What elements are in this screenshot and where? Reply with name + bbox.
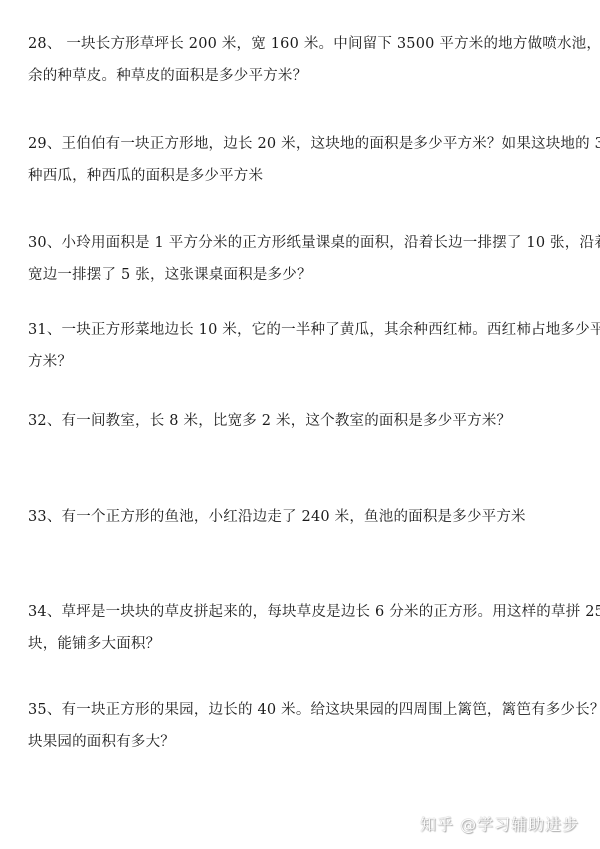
question-text-line: 33、有一个正方形的鱼池，小红沿边走了 240 米，鱼池的面积是多少平方米	[28, 501, 580, 533]
question-31: 31、一块正方形菜地边长 10 米，它的一半种了黄瓜，其余种西红柿。西红柿占地多…	[28, 314, 580, 378]
question-text-line: 种西瓜，种西瓜的面积是多少平方米	[28, 160, 580, 192]
question-text-line: 余的种草皮。种草皮的面积是多少平方米？	[28, 60, 580, 92]
question-30: 30、小玲用面积是 1 平方分米的正方形纸量课桌的面积，沿着长边一排摆了 10 …	[28, 227, 580, 291]
question-29: 29、王伯伯有一块正方形地，边长 20 米，这块地的面积是多少平方米？如果这块地…	[28, 128, 580, 192]
question-text-line: 方米？	[28, 346, 580, 378]
question-35: 35、有一块正方形的果园，边长的 40 米。给这块果园的四周围上篱笆，篱笆有多少…	[28, 694, 580, 758]
question-32: 32、有一间教室，长 8 米，比宽多 2 米，这个教室的面积是多少平方米？	[28, 405, 580, 437]
question-text-line: 34、草坪是一块块的草皮拼起来的，每块草皮是边长 6 分米的正方形。用这样的草拼…	[28, 596, 580, 628]
question-34: 34、草坪是一块块的草皮拼起来的，每块草皮是边长 6 分米的正方形。用这样的草拼…	[28, 596, 580, 660]
question-text-line: 31、一块正方形菜地边长 10 米，它的一半种了黄瓜，其余种西红柿。西红柿占地多…	[28, 314, 580, 346]
question-text-line: 32、有一间教室，长 8 米，比宽多 2 米，这个教室的面积是多少平方米？	[28, 405, 580, 437]
zhihu-watermark: 知乎 @学习辅助进步	[420, 812, 579, 835]
question-text-line: 30、小玲用面积是 1 平方分米的正方形纸量课桌的面积，沿着长边一排摆了 10 …	[28, 227, 580, 259]
question-text-line: 28、 一块长方形草坪长 200 米，宽 160 米。中间留下 3500 平方米…	[28, 28, 580, 60]
question-text-line: 29、王伯伯有一块正方形地，边长 20 米，这块地的面积是多少平方米？如果这块地…	[28, 128, 580, 160]
question-text-line: 宽边一排摆了 5 张，这张课桌面积是多少？	[28, 259, 580, 291]
question-text-line: 块果园的面积有多大？	[28, 726, 580, 758]
question-28: 28、 一块长方形草坪长 200 米，宽 160 米。中间留下 3500 平方米…	[28, 28, 580, 92]
question-33: 33、有一个正方形的鱼池，小红沿边走了 240 米，鱼池的面积是多少平方米	[28, 501, 580, 533]
question-text-line: 块，能铺多大面积？	[28, 628, 580, 660]
question-text-line: 35、有一块正方形的果园，边长的 40 米。给这块果园的四周围上篱笆，篱笆有多少…	[28, 694, 580, 726]
